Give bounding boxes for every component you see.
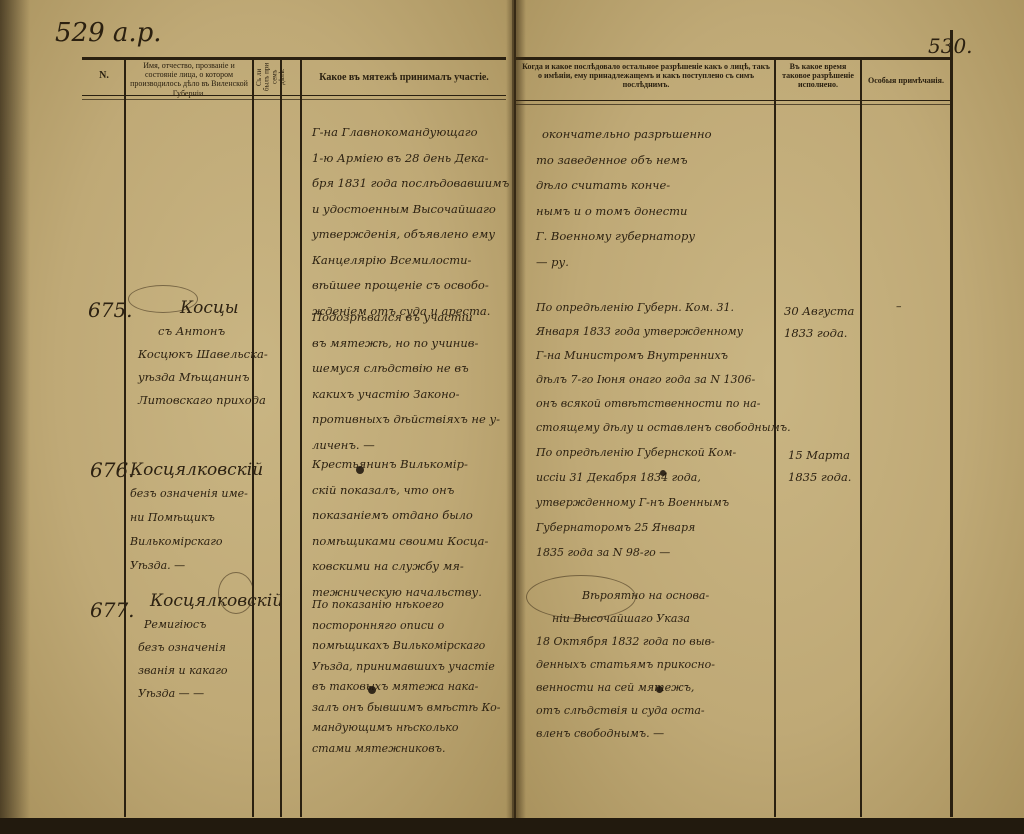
text-line: Ремигіюсъ [138,613,283,636]
text-line: то заведенное объ немъ [536,148,712,174]
right-page: 530. Когда и какое послѣдовало остальное… [516,0,1024,834]
header-top-rule [82,57,506,60]
text-line: Крестьянинъ Вилькомір- [312,452,488,478]
header-bottom-rule-2 [82,99,506,100]
page-edge-shadow [0,0,30,834]
text-line: денныхъ статьямъ прикосно- [536,653,715,676]
ink-blot [656,686,663,693]
ink-blot [368,686,376,694]
text-line: залъ онъ бывшимъ вмѣстѣ Ко- [312,698,501,719]
text-line: Подозрѣвался въ участіи [312,305,500,331]
text-line: Вѣроятно на основа- [536,584,715,607]
text-line: вленъ свободнымъ. — [536,722,715,745]
column-divider-inner [300,57,302,817]
entry-name-block: Косцялковскій Ремигіюсъ безъ означенія з… [138,590,283,705]
entry-resolution: По опредѣленію Губерн. Ком. 31. Января 1… [536,296,791,440]
ink-blot [660,470,666,476]
text-line: уѣзда Мѣщанинъ [138,366,268,389]
folio-number-left: 529 a.p. [55,18,162,48]
text-line: По опредѣленію Губернской Ком- [536,440,736,465]
text-line: Г-на Министромъ Внутреннихъ [536,344,791,368]
column-divider-no [124,57,126,817]
text-line: По показанію нѣкоего [312,595,501,616]
entry-notes: – [896,300,902,313]
text-line: Косцюкъ Шавельска- [138,343,268,366]
header-notes: Особыя примѣчанія. [863,76,949,85]
entry-number: 675. [88,298,133,322]
left-page: 529 a.p. N. Имя, отчество, прозваніе и с… [0,0,514,834]
text-line: утвержденія, объявлено ему [312,222,509,248]
text-line: Вилькомірскаго [130,530,263,554]
text-line: безъ означенія име- [130,482,263,506]
entry-name: Косцялковскій [138,590,283,613]
text-line: 15 Марта [788,444,851,466]
entry-name: Косцялковскій [130,458,263,482]
entry-number: 677. [90,598,135,622]
text-line: шемуся слѣдствію не въ [312,356,500,382]
text-line: безъ означенія [138,636,283,659]
text-line: противныхъ дѣйствіяхъ не у- [312,407,500,433]
text-line: По опредѣленію Губерн. Ком. 31. [536,296,791,320]
text-line: Губернаторомъ 25 Января [536,515,736,540]
text-line: утвержденному Г-нъ Военнымъ [536,490,736,515]
header-when: Въ какое время таковое разрѣшеніе исполн… [777,62,859,90]
book-bottom-edge [0,818,1024,834]
entry-number: 676. [90,458,135,482]
text-line: ковскими на службу мя- [312,554,488,580]
text-line: 1835 года за N 98-го — [536,540,736,565]
text-line: какихъ участію Законо- [312,382,500,408]
text-line: — ру. [536,250,712,276]
header-days: Съ ли былъ при семъ дѣлѣ. [256,61,278,93]
entry-name-block: Косцялковскій безъ означенія име- ни Пом… [130,458,263,578]
text-line: помѣщикахъ Вилькомірскаго [312,636,501,657]
text-line: Г-на Главнокомандующаго [312,120,509,146]
text-line: отъ слѣдствія и суда оста- [536,699,715,722]
text-line: съ Антонъ [138,320,268,343]
text-line: показаніемъ отдано было [312,503,488,529]
text-line: стоящему дѣлу и оставленъ свободнымъ. [536,416,791,440]
text-line: 30 Августа [784,300,854,322]
entry-name-block: Косцы съ Антонъ Косцюкъ Шавельска- уѣзда… [138,297,268,412]
text-line: скій показалъ, что онъ [312,478,488,504]
text-line: ни Помѣщикъ [130,506,263,530]
text-line: ніи Высочайшаго Указа [536,607,715,630]
text-line: Литовскаго прихода [138,389,268,412]
text-line: 1-ю Арміею въ 28 день Дека- [312,146,509,172]
entry-resolution: По опредѣленію Губернской Ком- иссіи 31 … [536,440,736,565]
text-line: 1835 года. [788,466,851,488]
ink-blot [356,466,364,474]
text-line: окончательно разрѣшенно [536,122,712,148]
continuation-participation: Г-на Главнокомандующаго 1-ю Арміею въ 28… [312,120,509,324]
text-line: Г. Военному губернатору [536,224,712,250]
ledger-spread: 529 a.p. N. Имя, отчество, прозваніе и с… [0,0,1024,834]
text-line: мандующимъ нѣсколько [312,718,501,739]
entry-participation: По показанію нѣкоего посторонняго описи … [312,595,501,759]
text-line: и удостоенным Высочайшаго [312,197,509,223]
text-line: 1833 года. [784,322,854,344]
column-divider-when [860,57,862,817]
text-line: Уѣзда — — [138,682,283,705]
header-name: Имя, отчество, прозваніе и состояніе лиц… [128,61,250,98]
text-line: Уѣзда, принимавшихъ участіе [312,657,501,678]
text-line: стами мятежниковъ. [312,739,501,760]
text-line: званія и какаго [138,659,283,682]
entry-name: Косцы [138,297,268,320]
text-line: дѣло считать конче- [536,173,712,199]
text-line: венности на сей мятежъ, [536,676,715,699]
header-participation: Какое въ мятежѣ принималъ участіе. [304,72,504,84]
header-bottom-rule [516,100,952,101]
text-line: въ таковыхъ мятежа нака- [312,677,501,698]
header-resolution: Когда и какое послѣдовало остальное разр… [520,62,772,90]
text-line: помѣщиками своими Косца- [312,529,488,555]
continuation-resolution: окончательно разрѣшенно то заведенное об… [536,122,712,275]
text-line: въ мятежѣ, но по учинив- [312,331,500,357]
entry-participation: Крестьянинъ Вилькомір- скій показалъ, чт… [312,452,488,605]
header-bottom-rule-2 [516,104,952,105]
text-line: вѣйшее прощеніе съ освобо- [312,273,509,299]
header-number: N. [86,70,122,82]
text-line: онъ всякой отвѣтственности по на- [536,392,791,416]
text-line: Канцелярію Всемилости- [312,248,509,274]
entry-when: 30 Августа 1833 года. [784,300,854,344]
header-top-rule [516,57,952,60]
entry-participation: Подозрѣвался въ участіи въ мятежѣ, но по… [312,305,500,458]
text-line: Января 1833 года утвержденному [536,320,791,344]
text-line: 18 Октября 1832 года по выв- [536,630,715,653]
text-line: нымъ и о томъ донести [536,199,712,225]
text-line: дѣлъ 7-го Іюня онаго года за N 1306- [536,368,791,392]
text-line: бря 1831 года послѣдовавшимъ [312,171,509,197]
entry-when: 15 Марта 1835 года. [788,444,851,488]
entry-resolution: Вѣроятно на основа- ніи Высочайшаго Указ… [536,584,715,745]
text-line: иссіи 31 Декабря 1834 года, [536,465,736,490]
text-line: посторонняго описи о [312,616,501,637]
page-outer-rule [950,30,953,817]
